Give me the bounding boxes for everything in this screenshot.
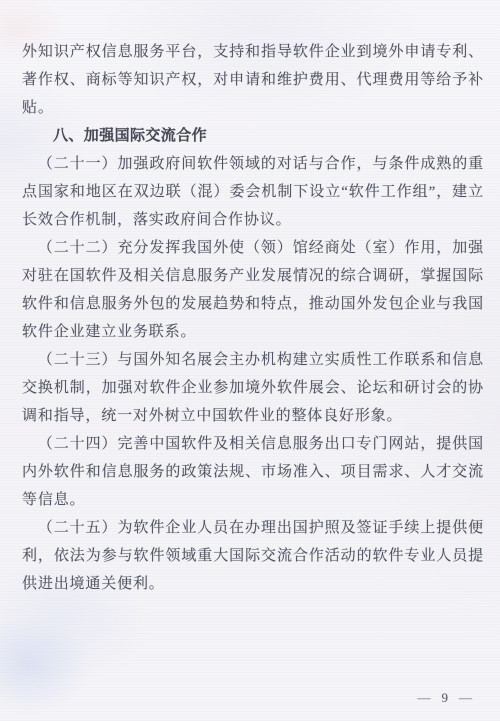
paragraph-continuation: 外知识产权信息服务平台，支持和指导软件企业到境外申请专利、著作权、商标等知识产权… (22, 38, 484, 122)
page-number: 9 (442, 690, 449, 706)
clause-paragraph-21: （二十一）加强政府间软件领域的对话与合作，与条件成熟的重点国家和地区在双边联（混… (22, 150, 484, 234)
footer-dash-right: — (459, 690, 472, 706)
footer-dash-left: — (418, 690, 431, 706)
section-heading: 八、加强国际交流合作 (22, 122, 484, 150)
clause-paragraph-23: （二十三）与国外知名展会主办机构建立实质性工作联系和信息交换机制，加强对软件企业… (22, 346, 484, 430)
document-body: 外知识产权信息服务平台，支持和指导软件企业到境外申请专利、著作权、商标等知识产权… (22, 38, 484, 598)
clause-paragraph-25: （二十五）为软件企业人员在办理出国护照及签证手续上提供便利，依法为参与软件领域重… (22, 514, 484, 598)
page-footer: — 9 — (418, 690, 473, 706)
clause-paragraph-22: （二十二）充分发挥我国外使（领）馆经商处（室）作用，加强对驻在国软件及相关信息服… (22, 234, 484, 346)
scanned-document-page: 外知识产权信息服务平台，支持和指导软件企业到境外申请专利、著作权、商标等知识产权… (0, 0, 500, 721)
clause-paragraph-24: （二十四）完善中国软件及相关信息服务出口专门网站，提供国内外软件和信息服务的政策… (22, 430, 484, 514)
